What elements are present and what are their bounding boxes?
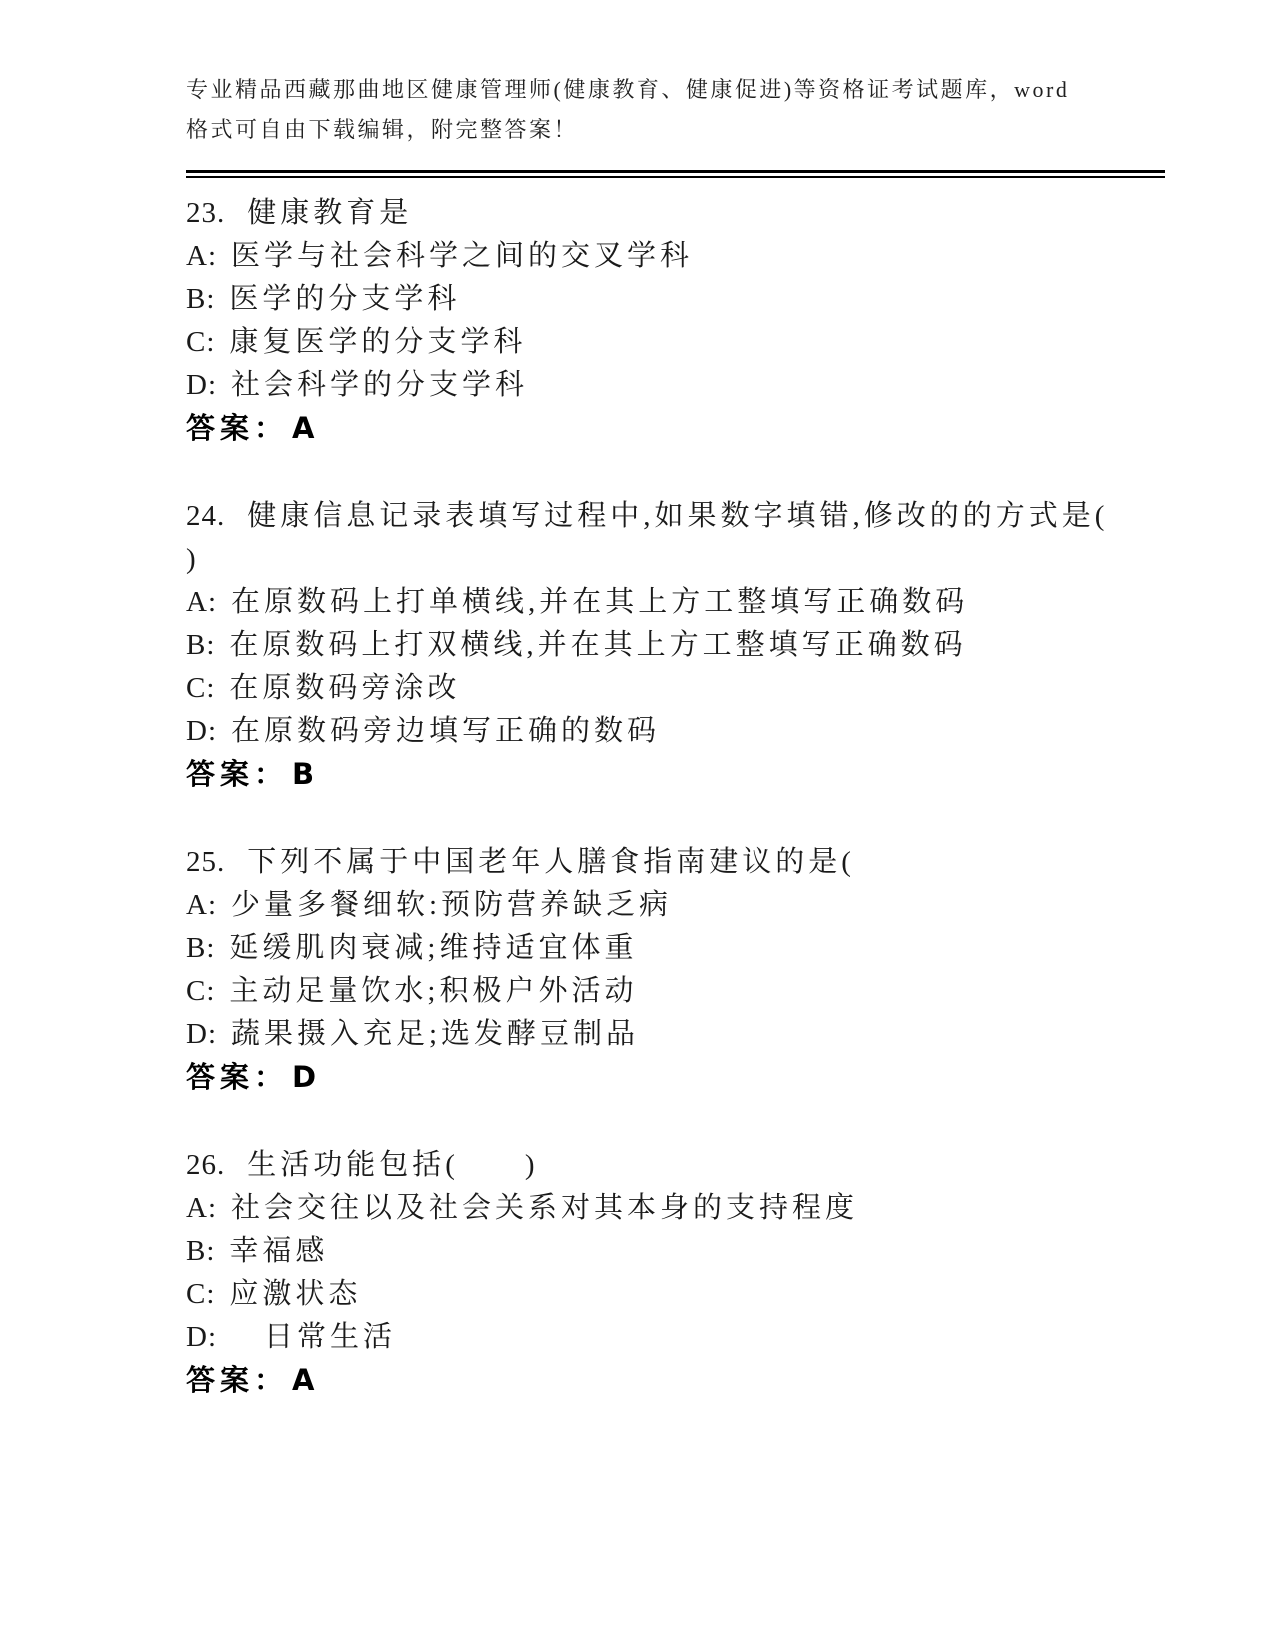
answer-line: 答案：B bbox=[186, 753, 1165, 796]
option-line: C:在原数码旁涂改 bbox=[186, 667, 1165, 710]
header-text-line-1: 专业精品西藏那曲地区健康管理师(健康教育、健康促进)等资格证考试题库，word bbox=[186, 70, 1165, 110]
option-text: 在原数码上打单横线,并在其上方工整填写正确数码 bbox=[231, 586, 968, 618]
question-text: 生活功能包括( ) bbox=[247, 1149, 538, 1181]
option-label: A: bbox=[186, 1192, 217, 1224]
option-text: 社会科学的分支学科 bbox=[231, 369, 528, 401]
option-label: B: bbox=[186, 283, 215, 315]
question-text-line: 26.生活功能包括( ) bbox=[186, 1144, 1165, 1187]
option-text: 日常生活 bbox=[231, 1321, 396, 1353]
option-text: 医学与社会科学之间的交叉学科 bbox=[231, 240, 693, 272]
answer-label: 答案： bbox=[186, 1365, 288, 1397]
option-text: 在原数码旁涂改 bbox=[229, 672, 460, 704]
option-label: B: bbox=[186, 1235, 215, 1267]
option-line: C:应激状态 bbox=[186, 1273, 1165, 1316]
option-label: C: bbox=[186, 672, 215, 704]
question-block: 24.健康信息记录表填写过程中,如果数字填错,修改的的方式是()A:在原数码上打… bbox=[186, 495, 1165, 796]
option-text: 在原数码旁边填写正确的数码 bbox=[231, 715, 660, 747]
question-number: 24. bbox=[186, 500, 225, 532]
option-label: B: bbox=[186, 629, 215, 661]
question-text: 健康信息记录表填写过程中,如果数字填错,修改的的方式是( bbox=[247, 500, 1108, 532]
document-page: 专业精品西藏那曲地区健康管理师(健康教育、健康促进)等资格证考试题库，word … bbox=[0, 0, 1275, 1650]
option-line: A:少量多餐细软:预防营养缺乏病 bbox=[186, 884, 1165, 927]
question-text: 下列不属于中国老年人膳食指南建议的是( bbox=[247, 846, 855, 878]
question-number: 23. bbox=[186, 197, 225, 229]
option-label: C: bbox=[186, 1278, 215, 1310]
question-text-line: 24.健康信息记录表填写过程中,如果数字填错,修改的的方式是( bbox=[186, 495, 1165, 538]
header-text-line-2: 格式可自由下载编辑，附完整答案！ bbox=[186, 110, 1165, 150]
question-text-line: 23.健康教育是 bbox=[186, 192, 1165, 235]
question-text: ) bbox=[186, 543, 200, 575]
answer-label: 答案： bbox=[186, 413, 288, 445]
answer-label: 答案： bbox=[186, 759, 288, 791]
option-line: C:康复医学的分支学科 bbox=[186, 321, 1165, 364]
question-number: 26. bbox=[186, 1149, 225, 1181]
option-line: D:蔬果摄入充足;选发酵豆制品 bbox=[186, 1013, 1165, 1056]
option-line: A:医学与社会科学之间的交叉学科 bbox=[186, 235, 1165, 278]
option-text: 少量多餐细软:预防营养缺乏病 bbox=[231, 889, 672, 921]
answer-value: A bbox=[292, 1363, 314, 1397]
question-text-line: ) bbox=[186, 538, 1165, 581]
option-line: B:延缓肌肉衰减;维持适宜体重 bbox=[186, 927, 1165, 970]
option-text: 主动足量饮水;积极户外活动 bbox=[229, 975, 637, 1007]
answer-value: A bbox=[292, 411, 314, 445]
question-number: 25. bbox=[186, 846, 225, 878]
option-label: A: bbox=[186, 240, 217, 272]
option-line: D:社会科学的分支学科 bbox=[186, 364, 1165, 407]
page-header: 专业精品西藏那曲地区健康管理师(健康教育、健康促进)等资格证考试题库，word … bbox=[186, 70, 1165, 150]
option-line: B:医学的分支学科 bbox=[186, 278, 1165, 321]
option-text: 医学的分支学科 bbox=[229, 283, 460, 315]
header-divider-rule bbox=[186, 170, 1165, 178]
option-line: B:幸福感 bbox=[186, 1230, 1165, 1273]
option-text: 幸福感 bbox=[229, 1235, 328, 1267]
option-line: D: 日常生活 bbox=[186, 1316, 1165, 1359]
question-text: 健康教育是 bbox=[247, 197, 412, 229]
question-text-line: 25.下列不属于中国老年人膳食指南建议的是( bbox=[186, 841, 1165, 884]
option-text: 延缓肌肉衰减;维持适宜体重 bbox=[229, 932, 637, 964]
option-text: 蔬果摄入充足;选发酵豆制品 bbox=[231, 1018, 639, 1050]
option-label: C: bbox=[186, 326, 215, 358]
option-text: 应激状态 bbox=[229, 1278, 361, 1310]
answer-line: 答案：A bbox=[186, 407, 1165, 450]
answer-value: D bbox=[292, 1060, 316, 1094]
option-label: A: bbox=[186, 889, 217, 921]
questions-list: 23.健康教育是A:医学与社会科学之间的交叉学科B:医学的分支学科C:康复医学的… bbox=[186, 192, 1165, 1402]
option-line: A:在原数码上打单横线,并在其上方工整填写正确数码 bbox=[186, 581, 1165, 624]
question-block: 26.生活功能包括( )A:社会交往以及社会关系对其本身的支持程度B:幸福感C:… bbox=[186, 1144, 1165, 1402]
option-label: D: bbox=[186, 715, 217, 747]
option-line: B:在原数码上打双横线,并在其上方工整填写正确数码 bbox=[186, 624, 1165, 667]
question-block: 23.健康教育是A:医学与社会科学之间的交叉学科B:医学的分支学科C:康复医学的… bbox=[186, 192, 1165, 450]
option-text: 康复医学的分支学科 bbox=[229, 326, 526, 358]
option-label: C: bbox=[186, 975, 215, 1007]
answer-value: B bbox=[292, 757, 314, 791]
answer-line: 答案：A bbox=[186, 1359, 1165, 1402]
question-block: 25.下列不属于中国老年人膳食指南建议的是(A:少量多餐细软:预防营养缺乏病B:… bbox=[186, 841, 1165, 1099]
option-label: D: bbox=[186, 1018, 217, 1050]
option-text: 在原数码上打双横线,并在其上方工整填写正确数码 bbox=[229, 629, 966, 661]
answer-line: 答案：D bbox=[186, 1056, 1165, 1099]
option-line: A:社会交往以及社会关系对其本身的支持程度 bbox=[186, 1187, 1165, 1230]
option-line: C:主动足量饮水;积极户外活动 bbox=[186, 970, 1165, 1013]
answer-label: 答案： bbox=[186, 1062, 288, 1094]
option-text: 社会交往以及社会关系对其本身的支持程度 bbox=[231, 1192, 858, 1224]
option-label: B: bbox=[186, 932, 215, 964]
option-label: A: bbox=[186, 586, 217, 618]
option-label: D: bbox=[186, 369, 217, 401]
option-label: D: bbox=[186, 1321, 217, 1353]
option-line: D:在原数码旁边填写正确的数码 bbox=[186, 710, 1165, 753]
